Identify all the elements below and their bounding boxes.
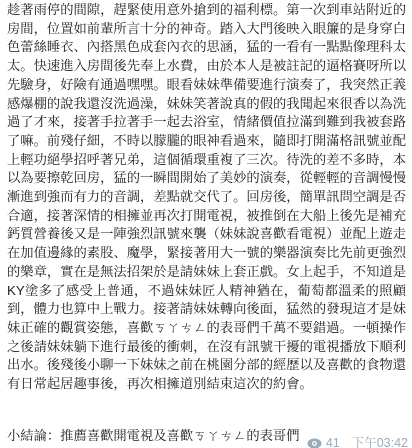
message-timestamp: 下午03:42 <box>352 436 408 448</box>
message-body: 趁著雨停的間隙，趕緊使用意外搶到的福利標。第一次到車站附近的房間，位置如前輩所言… <box>7 1 406 394</box>
eye-icon <box>307 438 322 448</box>
message-view: 趁著雨停的間隙，趕緊使用意外搶到的福利標。第一次到車站附近的房間，位置如前輩所言… <box>0 0 412 448</box>
views-count: 41 <box>326 436 340 448</box>
message-summary: 小結論：推薦喜歡開電視及喜歡ㄎㄚㄘㄥ的表哥們 <box>7 427 300 445</box>
message-meta: 41 下午03:42 <box>307 436 408 448</box>
